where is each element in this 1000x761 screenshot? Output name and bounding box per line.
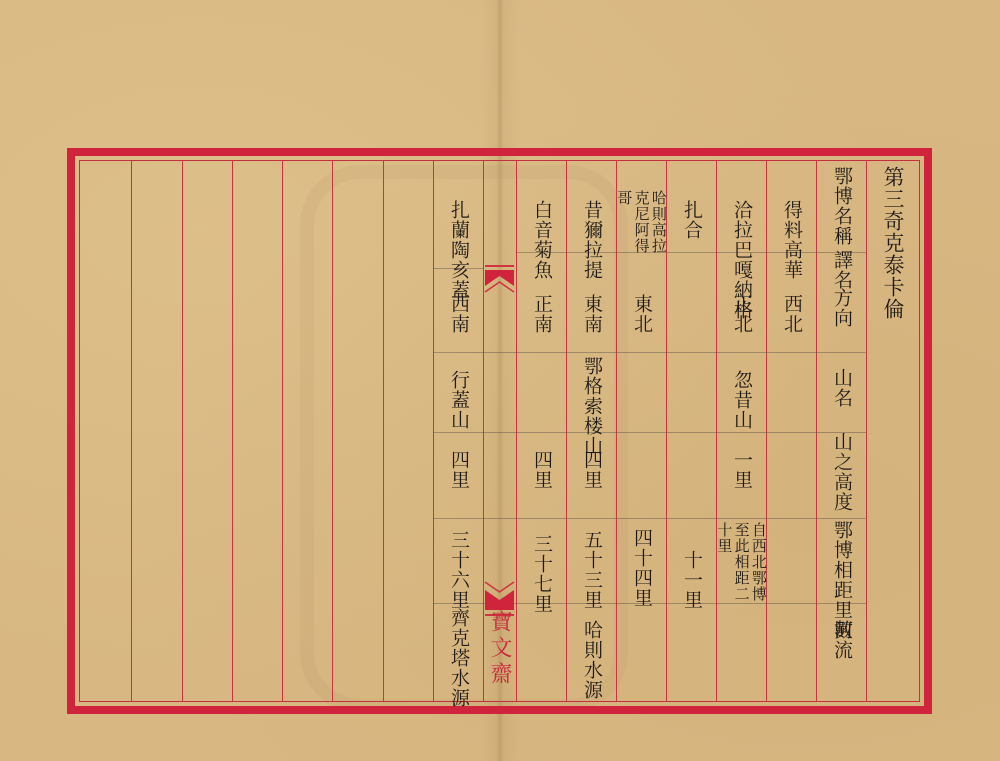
table-row: 得料高華 西北 — [766, 160, 816, 702]
distance: 自西北鄂博至此相距二十里 — [715, 522, 767, 612]
header-name: 鄂博名稱 — [831, 166, 851, 246]
mountain-height: 四里 — [581, 450, 601, 490]
table-row: 扎蘭陶亥蓋 西南 行蓋山 四里 三十六里 齊克塔水源 — [433, 160, 483, 702]
direction: 東南 — [581, 294, 601, 334]
column-rule — [232, 160, 233, 702]
translated-name: 得料高華 — [781, 200, 801, 280]
river: 哈則水源 — [581, 620, 601, 700]
mountain-height: 一里 — [731, 450, 751, 490]
translated-name: 白音菊魚 — [531, 200, 551, 280]
direction: 正南 — [531, 294, 551, 334]
mountain-height: 四里 — [448, 450, 468, 490]
table-row: 扎合 十一里 — [666, 160, 716, 702]
fishtail-top-icon — [483, 262, 516, 302]
mountain-height: 四里 — [531, 450, 551, 490]
title-column: 第三奇克泰卡倫 — [866, 160, 920, 702]
header-river: 河流 — [831, 620, 851, 660]
column-rule — [282, 160, 283, 702]
distance: 十一里 — [681, 550, 701, 610]
header-mountain-name: 山名 — [831, 368, 851, 408]
translated-name: 昔獮拉提 — [581, 200, 601, 280]
distance: 三十六里 — [448, 530, 468, 610]
distance: 五十三里 — [581, 530, 601, 610]
direction: 正北 — [731, 294, 751, 334]
column-rule — [383, 160, 384, 702]
column-rule — [131, 160, 132, 702]
studio-mark: 寶文齋 — [483, 610, 516, 688]
header-mountain-height: 山之高度 — [831, 432, 851, 512]
header-translated-name: 譯名 — [831, 250, 851, 290]
table-row: 洽拉巴嘎納格 正北 忽昔山 一里 自西北鄂博至此相距二十里 — [716, 160, 766, 702]
mountain-name: 忽昔山 — [731, 370, 751, 430]
translated-name: 扎合 — [681, 200, 701, 240]
direction: 西南 — [448, 294, 468, 334]
header-column: 鄂博名稱 譯名 方向 山名 山之高度 鄂博相距里數 河流 — [816, 160, 866, 702]
center-fold-strip: 寶文齋 — [483, 160, 516, 702]
translated-name: 扎蘭陶亥蓋 — [448, 200, 468, 300]
column-rule — [332, 160, 333, 702]
column-rule — [182, 160, 183, 702]
distance: 三十七里 — [531, 534, 551, 614]
distance: 四十四里 — [631, 528, 651, 608]
direction: 東北 — [631, 294, 651, 334]
direction: 西北 — [781, 294, 801, 334]
table-row: 昔獮拉提 東南 鄂格索楼山 四里 五十三里 哈則水源 — [566, 160, 616, 702]
header-direction: 方向 — [831, 288, 851, 328]
river: 齊克塔水源 — [448, 608, 468, 708]
mountain-name: 行蓋山 — [448, 370, 468, 430]
mountain-name: 鄂格索楼山 — [581, 356, 601, 456]
translated-name: 哈則高拉克尼阿得哥 — [615, 190, 667, 258]
table-row: 哈則高拉克尼阿得哥 東北 四十四里 — [616, 160, 666, 702]
table-row: 白音菊魚 正南 四里 三十七里 — [516, 160, 566, 702]
document-title: 第三奇克泰卡倫 — [882, 166, 904, 320]
